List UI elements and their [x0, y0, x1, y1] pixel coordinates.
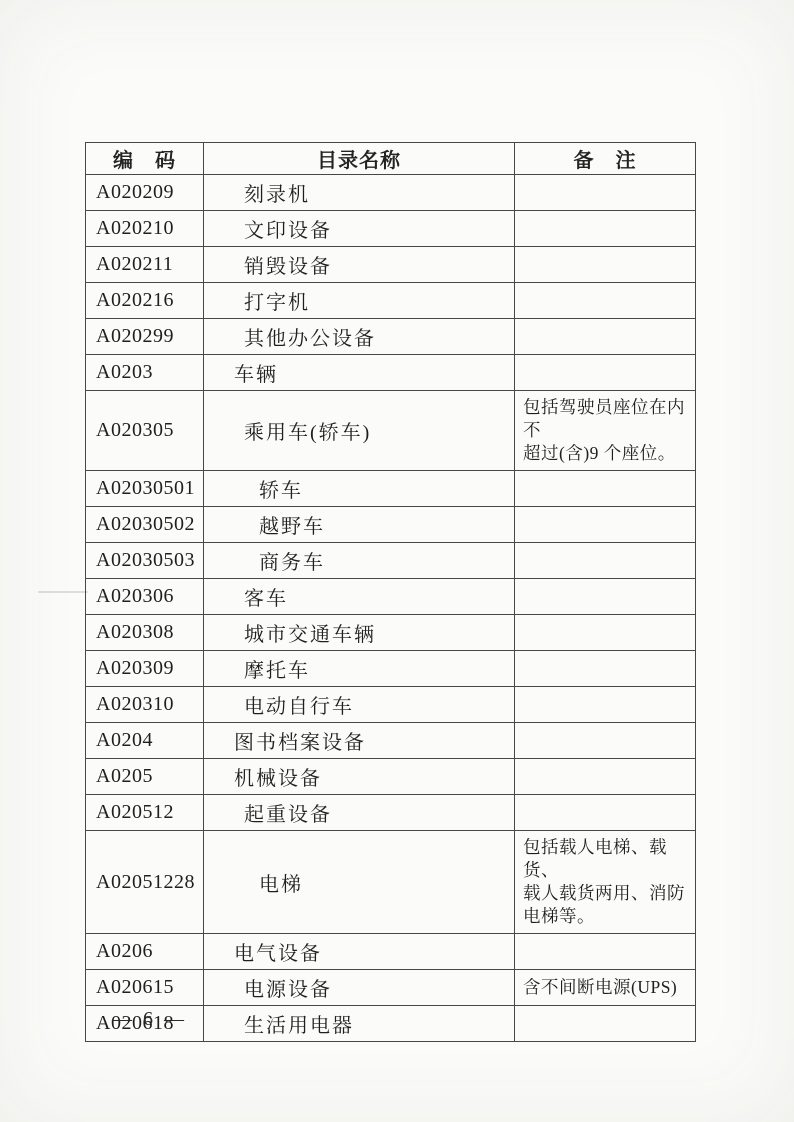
row-code-cell: A02030503 [86, 543, 204, 579]
row-remark-cell [515, 211, 696, 247]
header-code: 编 码 [86, 143, 204, 175]
row-code-cell: A0206 [86, 934, 204, 970]
table-row: A020209 刻录机 [86, 175, 696, 211]
row-remark-cell [515, 687, 696, 723]
row-code-cell: A020310 [86, 687, 204, 723]
row-remark-cell [515, 283, 696, 319]
row-name-cell: 轿车 [204, 471, 515, 507]
row-remark-cell: 包括驾驶员座位在内不 超过(含)9 个座位。 [515, 391, 696, 471]
row-name-cell: 客车 [204, 579, 515, 615]
row-code-cell: A02030501 [86, 471, 204, 507]
table-row: A020216 打字机 [86, 283, 696, 319]
row-remark-cell [515, 934, 696, 970]
page-number: — 6 — [112, 1008, 187, 1031]
table-row: A020310 电动自行车 [86, 687, 696, 723]
table-row: A0205 机械设备 [86, 759, 696, 795]
row-name-cell: 城市交通车辆 [204, 615, 515, 651]
row-code-cell: A020209 [86, 175, 204, 211]
table-row: A02030501 轿车 [86, 471, 696, 507]
scanned-page: { "page": { "number_label": "— 6 —" }, "… [0, 0, 794, 1122]
row-remark-cell [515, 247, 696, 283]
row-code-cell: A020512 [86, 795, 204, 831]
row-code-cell: A020308 [86, 615, 204, 651]
table-row: A0204 图书档案设备 [86, 723, 696, 759]
row-code-cell: A02030502 [86, 507, 204, 543]
row-name-cell: 刻录机 [204, 175, 515, 211]
row-name-cell: 电源设备 [204, 970, 515, 1006]
row-name-cell: 打字机 [204, 283, 515, 319]
row-code-cell: A02051228 [86, 831, 204, 934]
row-code-cell: A0204 [86, 723, 204, 759]
row-remark-cell [515, 615, 696, 651]
header-remark: 备 注 [515, 143, 696, 175]
row-remark-cell [515, 355, 696, 391]
row-remark-cell [515, 319, 696, 355]
row-name-cell: 电动自行车 [204, 687, 515, 723]
row-name-cell: 图书档案设备 [204, 723, 515, 759]
row-name-cell: 商务车 [204, 543, 515, 579]
row-code-cell: A020210 [86, 211, 204, 247]
row-remark-cell [515, 795, 696, 831]
row-remark-cell [515, 1006, 696, 1042]
row-name-cell: 摩托车 [204, 651, 515, 687]
row-name-cell: 文印设备 [204, 211, 515, 247]
catalog-table-header: 编 码 目录名称 备 注 [86, 143, 696, 175]
row-name-cell: 起重设备 [204, 795, 515, 831]
table-row: A0206 电气设备 [86, 934, 696, 970]
row-name-cell: 电气设备 [204, 934, 515, 970]
row-code-cell: A020309 [86, 651, 204, 687]
table-row: A02030503 商务车 [86, 543, 696, 579]
row-remark-cell [515, 507, 696, 543]
row-code-cell: A020305 [86, 391, 204, 471]
row-code-cell: A020211 [86, 247, 204, 283]
row-remark-cell [515, 175, 696, 211]
row-name-cell: 生活用电器 [204, 1006, 515, 1042]
row-name-cell: 越野车 [204, 507, 515, 543]
row-code-cell: A020615 [86, 970, 204, 1006]
row-remark-cell [515, 759, 696, 795]
table-row: A020305 乘用车(轿车) 包括驾驶员座位在内不 超过(含)9 个座位。 [86, 391, 696, 471]
row-name-cell: 车辆 [204, 355, 515, 391]
row-code-cell: A020299 [86, 319, 204, 355]
table-row: A020210 文印设备 [86, 211, 696, 247]
row-name-cell: 机械设备 [204, 759, 515, 795]
row-remark-cell [515, 471, 696, 507]
catalog-table: 编 码 目录名称 备 注 A020209 刻录机 A020210 文印设备 A0… [85, 142, 696, 1042]
table-row: A020308 城市交通车辆 [86, 615, 696, 651]
header-name: 目录名称 [204, 143, 515, 175]
row-remark-cell [515, 723, 696, 759]
row-name-cell: 其他办公设备 [204, 319, 515, 355]
row-remark-cell [515, 543, 696, 579]
table-row: A02030502 越野车 [86, 507, 696, 543]
table-row: A0203 车辆 [86, 355, 696, 391]
table-row: A020615 电源设备 含不间断电源(UPS) [86, 970, 696, 1006]
row-code-cell: A0203 [86, 355, 204, 391]
row-name-cell: 电梯 [204, 831, 515, 934]
table-row: A02051228 电梯 包括载人电梯、载货、 载人载货两用、消防 电梯等。 [86, 831, 696, 934]
catalog-table-body: A020209 刻录机 A020210 文印设备 A020211 销毁设备 A0… [86, 175, 696, 1042]
table-row: A020211 销毁设备 [86, 247, 696, 283]
row-code-cell: A020216 [86, 283, 204, 319]
row-remark-cell [515, 579, 696, 615]
table-row: A020512 起重设备 [86, 795, 696, 831]
table-row: A020309 摩托车 [86, 651, 696, 687]
row-code-cell: A0205 [86, 759, 204, 795]
row-code-cell: A020306 [86, 579, 204, 615]
table-row: A020299 其他办公设备 [86, 319, 696, 355]
row-remark-cell: 包括载人电梯、载货、 载人载货两用、消防 电梯等。 [515, 831, 696, 934]
row-name-cell: 销毁设备 [204, 247, 515, 283]
row-remark-cell [515, 651, 696, 687]
row-name-cell: 乘用车(轿车) [204, 391, 515, 471]
row-remark-cell: 含不间断电源(UPS) [515, 970, 696, 1006]
scan-artifact [38, 591, 88, 593]
header-row: 编 码 目录名称 备 注 [86, 143, 696, 175]
table-row: A020306 客车 [86, 579, 696, 615]
